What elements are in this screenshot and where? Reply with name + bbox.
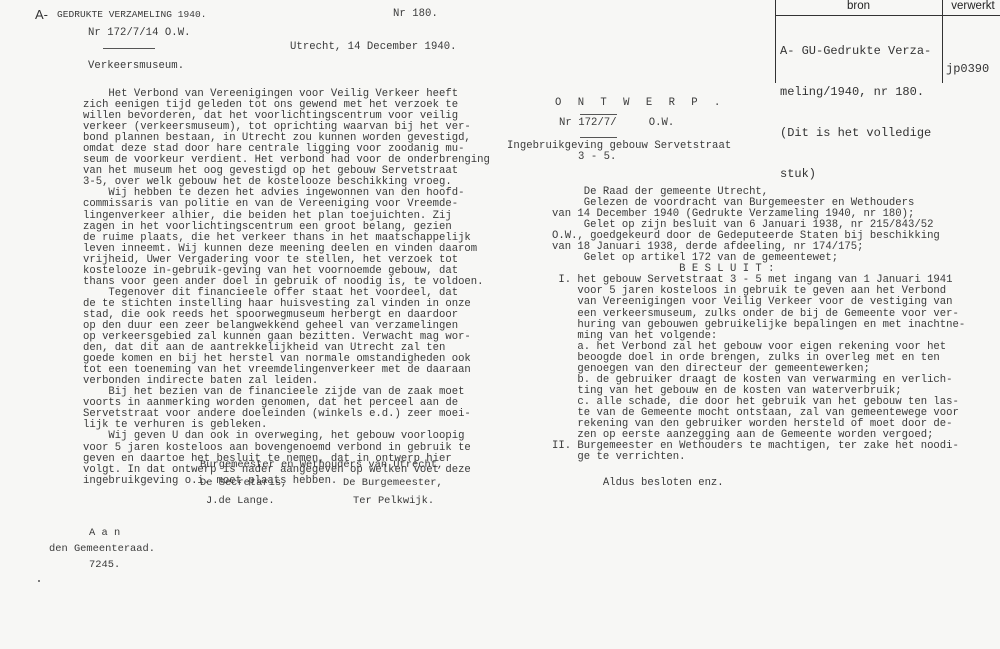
- collection-prefix: A-: [35, 7, 48, 22]
- source-line: stuk): [780, 168, 931, 182]
- text-line: een verkeersmuseum, zulks onder de bij d…: [552, 309, 965, 320]
- text-line: lingenverkeer alhier, die beiden het pla…: [83, 211, 490, 222]
- processed-code: jp0390: [946, 62, 989, 76]
- text-line: [552, 463, 965, 474]
- source-table-header: bron verwerkt: [776, 0, 1000, 16]
- letter-body: Het Verbond van Vereenigingen voor Veili…: [83, 89, 490, 487]
- signatory-roles: De Secretaris,De Burgemeester,: [200, 477, 443, 495]
- addressee-name: den Gemeenteraad.: [49, 543, 155, 559]
- divider: [103, 48, 155, 49]
- source-citation: A- GU-Gedrukte Verza- meling/1940, nr 18…: [780, 18, 931, 208]
- role-secretary: De Secretaris,: [200, 477, 287, 489]
- draft-subject-address: 3 - 5.: [578, 152, 616, 163]
- draft-subject: Ingebruikgeving gebouw Servetstraat: [507, 141, 731, 152]
- divider: [580, 137, 617, 138]
- punch-mark: [38, 580, 40, 582]
- text-line: commissaris van politie en van de Vereen…: [83, 199, 490, 210]
- archive-number: 7245.: [49, 559, 155, 575]
- letter-reference: Nr 172/7/14 O.W.: [88, 28, 191, 39]
- text-line: huring van gebouwen gebruikelijke bepali…: [552, 320, 965, 331]
- source-line: A- GU-Gedrukte Verza-: [780, 45, 931, 59]
- signatory-body: Burgemeester en Wethouders van Utrecht,: [200, 459, 443, 477]
- signatory-names: J.de Lange.Ter Pelkwijk.: [200, 495, 443, 513]
- source-line: meling/1940, nr 180.: [780, 86, 931, 100]
- header-verwerkt: verwerkt: [943, 0, 1000, 12]
- source-line: (Dit is het volledige: [780, 127, 931, 141]
- source-table: bron verwerkt A- GU-Gedrukte Verza- meli…: [775, 0, 1000, 83]
- column-divider: [942, 0, 943, 83]
- text-line: ming van het volgende:: [552, 331, 965, 342]
- header-bron: bron: [776, 0, 941, 12]
- letter-date: Utrecht, 14 December 1940.: [290, 42, 457, 53]
- signature-block: Burgemeester en Wethouders van Utrecht, …: [200, 459, 443, 513]
- draft-title: O N T W E R P .: [555, 98, 725, 109]
- addressee: A a n den Gemeenteraad. 7245.: [49, 527, 155, 575]
- document-page: A- GEDRUKTE VERZAMELING 1940. Nr 180. Nr…: [0, 0, 1000, 649]
- draft-reference: Nr 172/7/ O.W.: [559, 118, 674, 129]
- document-number: Nr 180.: [393, 9, 438, 20]
- name-mayor: Ter Pelkwijk.: [353, 495, 434, 507]
- text-line: van Vereenigingen voor Veilig Verkeer vo…: [552, 297, 965, 308]
- text-line: Aldus besloten enz.: [552, 478, 965, 489]
- draft-body: De Raad der gemeente Utrecht, Gelezen de…: [552, 187, 965, 489]
- text-line: ge te verrichten.: [552, 452, 965, 463]
- text-line: de ruime plaats, die het verkeer thans i…: [83, 233, 490, 244]
- collection-title: GEDRUKTE VERZAMELING 1940.: [57, 9, 207, 20]
- letter-subject: Verkeersmuseum.: [88, 61, 184, 72]
- divider: [580, 114, 617, 115]
- text-line: voor 5 jaren kosteloos aan bovengenoemd …: [83, 443, 490, 454]
- name-secretary: J.de Lange.: [200, 495, 275, 507]
- text-line: Wij geven U dan ook in overweging, het g…: [83, 431, 490, 442]
- addressee-prefix: A a n: [49, 527, 155, 543]
- role-mayor: De Burgemeester,: [343, 477, 443, 489]
- text-line: zagen in het voorlichtingscentrum een gr…: [83, 222, 490, 233]
